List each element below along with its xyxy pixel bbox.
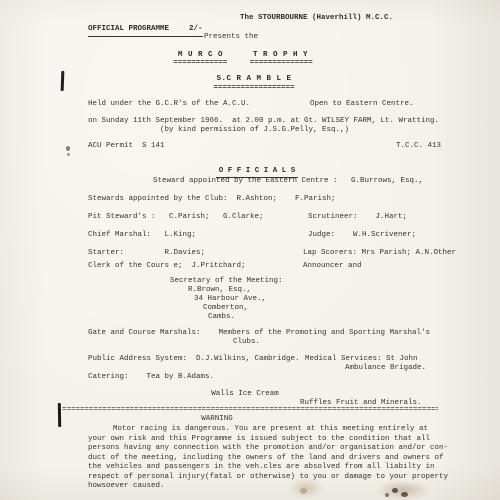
lap-scorers-line: Lap Scorers: Mrs Parish; A.N.Other — [303, 249, 456, 258]
clerk-line: Clerk of the Cours e; J.Pritchard; — [88, 262, 246, 271]
scramble-title-underline: ================== — [4, 84, 500, 93]
paper-stain — [376, 480, 430, 500]
divider-rule: ========================================… — [62, 406, 438, 415]
secretary-address-3: Cambs. — [208, 313, 235, 322]
secretary-address-1: 34 Harbour Ave., — [194, 295, 266, 304]
acu-permit: ACU Permit S 141 — [88, 142, 165, 151]
programme-header: OFFICIAL PROGRAMME 2/- — [88, 7, 203, 55]
paper-stain — [401, 492, 408, 497]
scramble-title: S.C R A M B L E — [4, 75, 500, 84]
warning-heading: WARNING — [0, 415, 467, 424]
open-to-line: Open to Eastern Centre. — [310, 100, 414, 109]
starter-line: Starter: R.Davies; — [88, 249, 205, 258]
judge-line: Judge: W.H.Scrivener; — [308, 231, 416, 240]
medical-services-line: Medical Services: St John — [305, 355, 418, 364]
pit-stewards-line: Pit Steward's : C.Parish; G.Clarke; — [88, 213, 264, 222]
programme-page: OFFICIAL PROGRAMME 2/- The STOURBOURNE (… — [0, 0, 500, 500]
warning-text-line: duct of the meeting, including the owner… — [88, 454, 444, 463]
warning-text-line: your own risk and this Programme is issu… — [88, 435, 430, 444]
warning-text-line: persons having any connection with the p… — [88, 444, 448, 453]
date-venue-line: on Sunday 11th September 1966. at 2.00 p… — [88, 117, 439, 126]
public-address-line: Public Address System: D.J.Wilkins, Camb… — [88, 355, 300, 364]
paper-stain — [392, 488, 398, 493]
steward-centre-line: Steward appointed by the Eastern Centre … — [153, 177, 423, 186]
warning-text-line: the vehicles and passengers in the veh.c… — [88, 463, 435, 472]
walls-ice-cream-line: Walls Ice Cream — [0, 390, 495, 399]
left-edge-ink-mark — [58, 403, 61, 427]
gate-marshals-line-2: Clubs. — [233, 338, 260, 347]
paper-stain — [385, 493, 389, 497]
trophy-title-underline: ============ ============== — [0, 59, 493, 68]
tcc-number: T.C.C. 413 — [396, 142, 441, 151]
secretary-heading: Secretary of the Meeting: — [170, 277, 283, 286]
announcer-line: Announcer and — [303, 262, 362, 271]
secretary-address-2: Comberton, — [203, 304, 248, 313]
chief-marshal-line: Chief Marshal: L.King; — [88, 231, 196, 240]
stewards-club-line: Stewards appointed by the Club: R.Ashton… — [88, 195, 336, 204]
gate-marshals-line: Gate and Course Marshals: Members of the… — [88, 329, 430, 338]
secretary-name: R.Brown, Esq., — [188, 286, 251, 295]
catering-line: Catering: Tea by B.Adams. — [88, 373, 214, 382]
scrutineer-line: Scrutineer: J.Hart; — [308, 213, 407, 222]
warning-text-line: Motor racing is dangerous. You are prese… — [113, 425, 428, 434]
club-name: The STOURBOURNE (Haverhill) M.C.C. — [240, 14, 393, 23]
medical-services-line-2: Ambulance Brigade. — [345, 364, 426, 373]
permission-line: (by kind permission of J.S.G.Pelly, Esq.… — [160, 126, 349, 135]
held-under-line: Held under the G.C.R's of the A.C.U. — [88, 100, 250, 109]
ink-speck — [66, 146, 70, 151]
paper-stain — [300, 488, 307, 494]
presents-line: Presents the — [0, 33, 481, 42]
ink-speck — [67, 153, 70, 156]
warning-text-line: howsoever caused. — [88, 482, 165, 491]
